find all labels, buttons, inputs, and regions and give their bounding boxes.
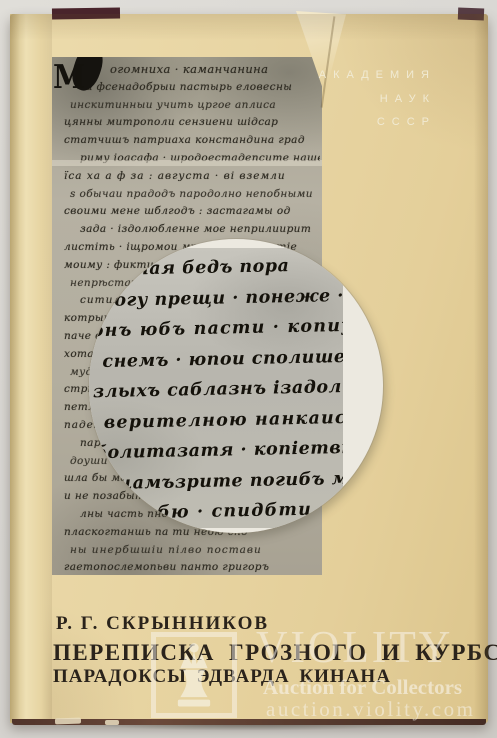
cloth-edge-top-right (458, 8, 484, 21)
academy-block: АКАДЕМИЯНАУКСССР (319, 64, 436, 135)
book-title: ПЕРЕПИСКА ГРОЗНОГО И КУРБСКОГО (53, 640, 497, 666)
jacket-spine-fold (10, 14, 52, 723)
book-bottom-edge (12, 719, 486, 725)
manuscript-divider (52, 160, 322, 166)
manuscript-line: ны инербшшіи пілво постави (64, 542, 320, 560)
academy-line: АКАДЕМИЯ (319, 64, 436, 88)
manuscript-initial-letter: М (53, 61, 85, 93)
magnified-manuscript: лишная бедъ пораногу прещи · понеже · со… (89, 248, 343, 528)
jacket-wear-chip (55, 718, 81, 725)
academy-line: НАУК (319, 88, 436, 112)
manuscript-line: инскитинныи учить цргое аплиса (64, 97, 320, 115)
manuscript-line: їса ха а ф за : августа · ві вземли (64, 168, 320, 186)
auction-photo: М огомниха · каманчанинаса фсенадобрыи п… (0, 0, 497, 738)
magnified-line: болитазатя · копіетвната (94, 433, 343, 469)
book-subtitle: ПАРАДОКСЫ ЭДВАРДА КИНАНА (53, 666, 391, 688)
cloth-edge-top-left (52, 8, 120, 20)
manuscript-line: цянны митрополи сензиени шідсар (64, 114, 320, 132)
magnified-line: онъ юбъ пасти · копиупепец (91, 311, 342, 347)
manuscript-line: своими мене шблгодъ : застагамы од (64, 203, 320, 221)
magnifier-circle: лишная бедъ пораногу прещи · понеже · со… (89, 239, 383, 533)
manuscript-line: ѕ обычаи прадодъ пародолно непобными (64, 186, 320, 204)
magnified-text-block: лишная бедъ пораногу прещи · понеже · со… (89, 248, 343, 528)
manuscript-line: гаетопослемопьви панто григоръ (64, 559, 320, 575)
jacket-wear-chip (105, 720, 119, 725)
academy-line: СССР (319, 111, 436, 135)
magnified-line: злыхъ саблазнъ ізадолюбленн (93, 372, 343, 408)
manuscript-line: статчишъ патриаха констандина град (64, 132, 320, 150)
manuscript-line: зада · іздолюбленне мое неприлиирит (64, 221, 320, 239)
author-name: Р. Г. СКРЫННИКОВ (56, 613, 269, 635)
manuscript-line: са фсенадобрыи пастырь еловесны (64, 79, 320, 97)
book-cover: М огомниха · каманчанинаса фсенадобрыи п… (10, 14, 488, 723)
magnified-line: ли небю · спидбти (95, 494, 343, 528)
